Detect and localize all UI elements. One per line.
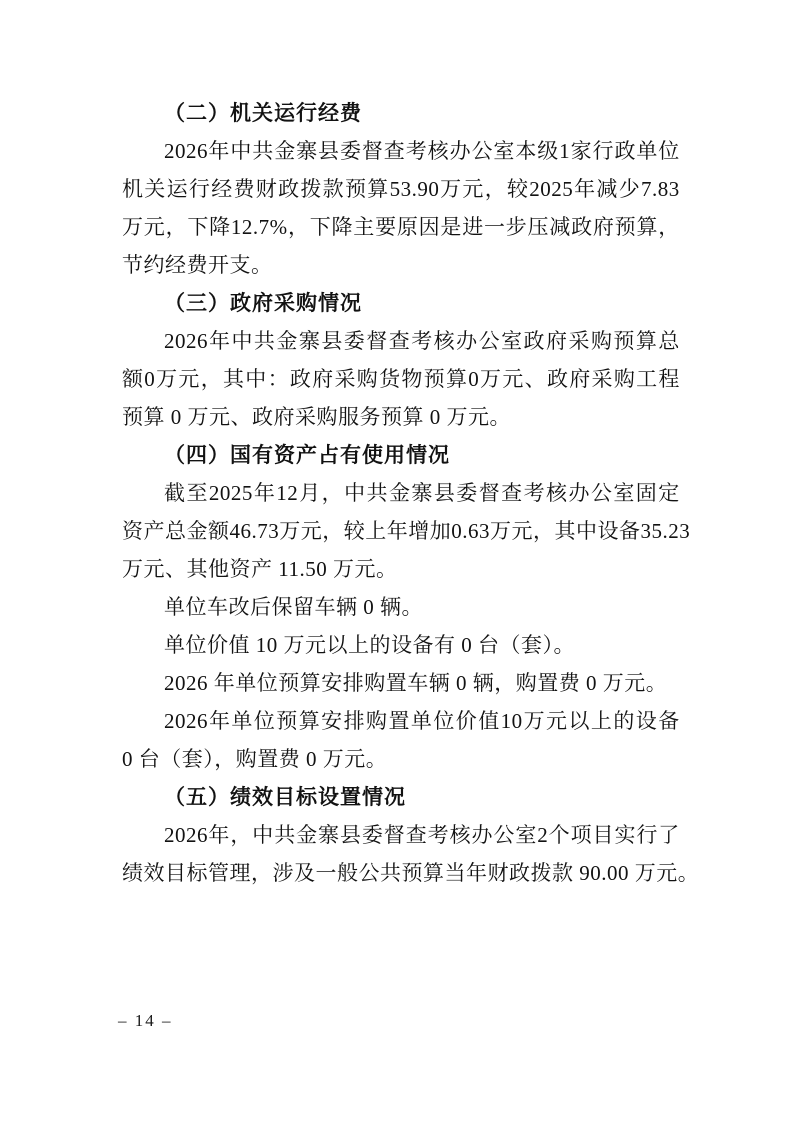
text-line: 额0万元，其中：政府采购货物预算0万元、政府采购工程 — [122, 360, 680, 398]
text-line: 单位车改后保留车辆 0 辆。 — [122, 588, 680, 626]
section-heading: （三）政府采购情况 — [122, 284, 680, 322]
page-number: – 14 – — [118, 1006, 173, 1036]
text-line: 2026年，中共金寨县委督查考核办公室2个项目实行了 — [122, 816, 680, 854]
text-line: 2026 年单位预算安排购置车辆 0 辆，购置费 0 万元。 — [122, 664, 680, 702]
text-line: 节约经费开支。 — [122, 246, 680, 284]
text-line: 万元、其他资产 11.50 万元。 — [122, 550, 680, 588]
section-heading: （四）国有资产占有使用情况 — [122, 436, 680, 474]
text-line: 0 台（套），购置费 0 万元。 — [122, 740, 680, 778]
document-body: （二）机关运行经费2026年中共金寨县委督查考核办公室本级1家行政单位机关运行经… — [122, 94, 680, 892]
text-line: 机关运行经费财政拨款预算53.90万元，较2025年减少7.83 — [122, 170, 680, 208]
text-line: 预算 0 万元、政府采购服务预算 0 万元。 — [122, 398, 680, 436]
text-line: 单位价值 10 万元以上的设备有 0 台（套）。 — [122, 626, 680, 664]
text-line: 2026年中共金寨县委督查考核办公室政府采购预算总 — [122, 322, 680, 360]
text-line: 截至2025年12月，中共金寨县委督查考核办公室固定 — [122, 474, 680, 512]
document-page: （二）机关运行经费2026年中共金寨县委督查考核办公室本级1家行政单位机关运行经… — [0, 0, 793, 1122]
text-line: 绩效目标管理，涉及一般公共预算当年财政拨款 90.00 万元。 — [122, 854, 680, 892]
text-line: 万元，下降12.7%，下降主要原因是进一步压减政府预算， — [122, 208, 680, 246]
section-heading: （二）机关运行经费 — [122, 94, 680, 132]
section-heading: （五）绩效目标设置情况 — [122, 778, 680, 816]
text-line: 资产总金额46.73万元，较上年增加0.63万元，其中设备35.23 — [122, 512, 680, 550]
text-line: 2026年单位预算安排购置单位价值10万元以上的设备 — [122, 702, 680, 740]
text-line: 2026年中共金寨县委督查考核办公室本级1家行政单位 — [122, 132, 680, 170]
